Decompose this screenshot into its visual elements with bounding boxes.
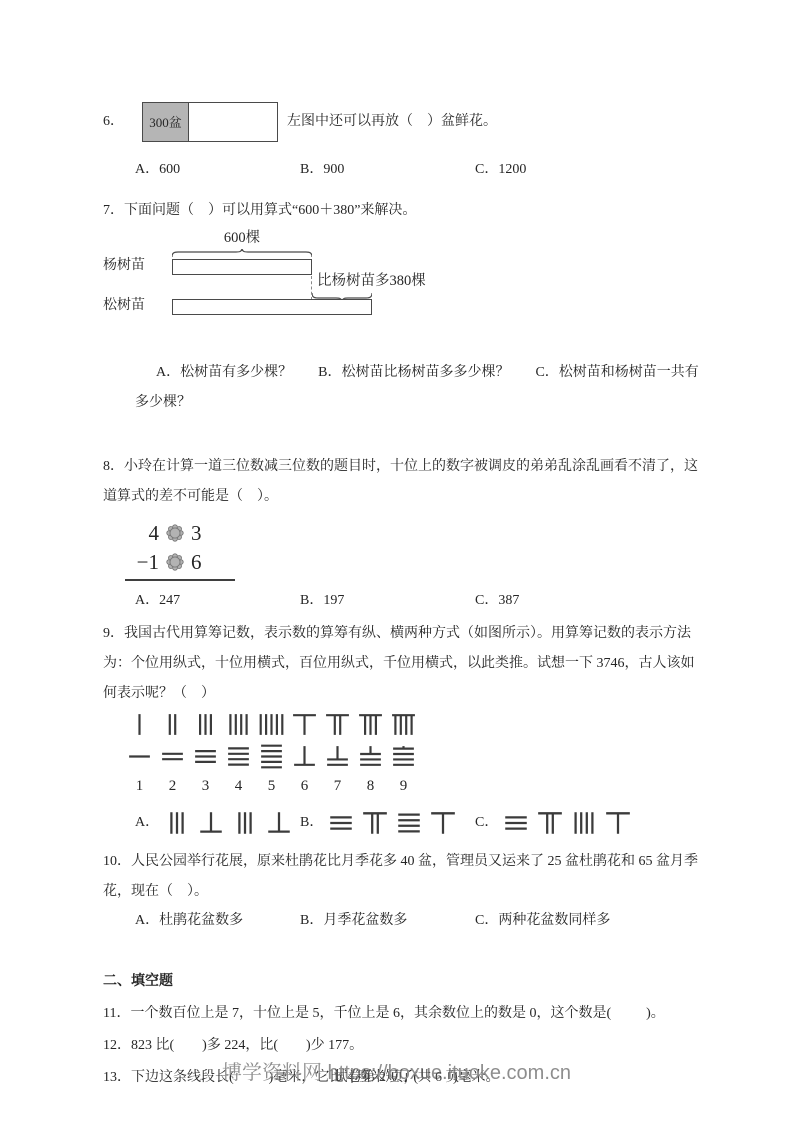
option-c: C．1200 <box>475 158 703 182</box>
option-b: B．900 <box>300 158 475 182</box>
minuend-hundreds: 4 <box>125 518 159 548</box>
question-10-prompt: 10．人民公园举行花展，原来杜鹃花比月季花多 40 盆，管理员又运来了 25 盆… <box>103 847 703 907</box>
option-c: C．387 <box>475 589 703 613</box>
rod-numeral-v3 <box>231 809 259 837</box>
rod-numeral-h7 <box>324 743 351 770</box>
rod-cell <box>222 743 255 770</box>
rod-numeral-h6 <box>265 809 293 837</box>
rod-numeral-v7 <box>324 711 351 738</box>
subtrahend-row: −1 6 <box>125 547 229 576</box>
question-6-prompt: 左图中还可以再放（ ）盆鲜花。 <box>287 107 497 137</box>
rod-numeral-v6 <box>291 711 318 738</box>
rod-numeral-v1 <box>126 711 153 738</box>
rod-numeral-v6 <box>429 809 457 837</box>
rod-numeral-h3 <box>327 809 355 837</box>
rod-numeral-v4 <box>570 809 598 837</box>
rod-cell <box>156 743 189 770</box>
rod-cell <box>156 711 189 738</box>
rod-numeral-h1 <box>126 743 153 770</box>
digit-label: 7 <box>321 775 354 797</box>
rod-numeral-v6 <box>604 809 632 837</box>
question-10-options: A．杜鹃花盆数多 B．月季花盆数多 C．两种花盆数同样多 <box>103 909 703 933</box>
option-c: C． <box>475 809 703 837</box>
rod-numeral-v7 <box>536 809 564 837</box>
rod-numeral-group <box>163 809 293 837</box>
rod-cell <box>387 743 420 770</box>
question-6-number: 6． <box>103 107 142 137</box>
rod-numeral-v3 <box>163 809 191 837</box>
option-label: C． <box>475 811 498 835</box>
bar2-label: 松树苗 <box>103 294 145 318</box>
scribble-icon <box>166 524 184 542</box>
option-a: A．松树苗有多少棵？ <box>156 365 292 380</box>
difference-label: 比杨树苗多380棵 <box>317 269 426 293</box>
question-6: 6． 300盆 左图中还可以再放（ ）盆鲜花。 <box>103 100 703 144</box>
rod-numeral-h3 <box>502 809 530 837</box>
option-a: A．杜鹃花盆数多 <box>135 909 300 933</box>
rod-cell <box>321 711 354 738</box>
page-content: 6． 300盆 左图中还可以再放（ ）盆鲜花。 A．600 B．900 C．12… <box>103 0 703 1093</box>
rod-numeral-group <box>327 809 457 837</box>
rod-cell <box>354 711 387 738</box>
digit-label: 8 <box>354 775 387 797</box>
question-7-prompt: 7．下面问题（ ）可以用算式“600＋380”来解决。 <box>103 196 703 226</box>
rod-cell <box>255 743 288 770</box>
scribble-icon <box>166 553 184 571</box>
rod-numeral-h2 <box>159 743 186 770</box>
bar1-label: 杨树苗 <box>103 254 145 278</box>
option-a: A．247 <box>135 589 300 613</box>
minuend-row: 4 3 <box>125 518 229 547</box>
option-label: B． <box>300 811 323 835</box>
rod-numeral-h6 <box>197 809 225 837</box>
digit-labels-row: 123456789 <box>123 775 703 797</box>
question-9-options: A． B． C． <box>103 809 703 837</box>
option-a: A． <box>135 809 300 837</box>
overbrace <box>172 249 312 258</box>
pine-bar <box>172 299 372 315</box>
rod-cell <box>387 711 420 738</box>
rod-numeral-h6 <box>291 743 318 770</box>
option-b: B．月季花盆数多 <box>300 909 475 933</box>
flower-pot-filled-section: 300盆 <box>143 103 189 141</box>
rod-cell <box>354 743 387 770</box>
rod-cell <box>189 743 222 770</box>
rod-cell <box>288 743 321 770</box>
page-number-footer: 试卷第 2 页，共 6 页 <box>0 1066 793 1086</box>
option-b: B．松树苗比杨树苗多多少棵？ <box>318 365 509 380</box>
rod-numeral-v2 <box>159 711 186 738</box>
rod-numeral-v5 <box>258 711 285 738</box>
question-6-options: A．600 B．900 C．1200 <box>103 158 703 182</box>
question-11: 11．一个数百位上是 7，十位上是 5，千位上是 6，其余数位上的数是 0，这个… <box>103 999 703 1029</box>
poplar-bar <box>172 259 312 275</box>
digit-label: 2 <box>156 775 189 797</box>
question-9-prompt: 9．我国古代用算筹记数，表示数的算筹有纵、横两种方式（如图所示）。用算筹记数的表… <box>103 619 703 709</box>
rod-numeral-h4 <box>395 809 423 837</box>
rod-cell <box>123 711 156 738</box>
option-c: C．两种花盆数同样多 <box>475 909 703 933</box>
rod-numeral-h5 <box>258 743 285 770</box>
digit-label: 4 <box>222 775 255 797</box>
minuend-units: 3 <box>191 518 202 548</box>
rod-numeral-h8 <box>357 743 384 770</box>
rod-numeral-group <box>502 809 632 837</box>
rod-numeral-h4 <box>225 743 252 770</box>
rod-numeral-v3 <box>192 711 219 738</box>
exam-paper-page: 6． 300盆 左图中还可以再放（ ）盆鲜花。 A．600 B．900 C．12… <box>0 0 793 1122</box>
horizontal-forms-row <box>123 743 703 770</box>
question-7-options: A．松树苗有多少棵？B．松树苗比杨树苗多多少棵？C．松树苗和杨树苗一共有多少棵？ <box>103 328 703 448</box>
rod-numeral-v8 <box>357 711 384 738</box>
option-b: B．197 <box>300 589 475 613</box>
rod-cell <box>222 711 255 738</box>
rod-numeral-v9 <box>390 711 417 738</box>
rod-cell <box>189 711 222 738</box>
digit-label: 5 <box>255 775 288 797</box>
bar1-count-label: 600棵 <box>172 228 312 248</box>
rod-numeral-v7 <box>361 809 389 837</box>
column-subtraction: 4 3 −1 <box>125 518 235 581</box>
digit-label: 6 <box>288 775 321 797</box>
rod-numeral-v4 <box>225 711 252 738</box>
option-label: A． <box>135 811 159 835</box>
digit-label: 9 <box>387 775 420 797</box>
rod-cell <box>255 711 288 738</box>
rod-cell <box>288 711 321 738</box>
subtrahend-units: 6 <box>191 547 202 577</box>
bar-comparison-diagram: 600棵 杨树苗 比杨树苗多380棵 松树苗 <box>103 232 703 322</box>
rod-cell <box>123 743 156 770</box>
rod-cell <box>321 743 354 770</box>
flower-pot-empty-section <box>189 103 277 141</box>
rod-numeral-h9 <box>390 743 417 770</box>
rod-numeral-h3 <box>192 743 219 770</box>
vertical-forms-row <box>123 711 703 738</box>
subtrahend-hundreds: −1 <box>125 547 159 577</box>
option-a: A．600 <box>135 158 300 182</box>
question-8-options: A．247 B．197 C．387 <box>103 589 703 613</box>
question-8-prompt: 8．小玲在计算一道三位数减三位数的题目时，十位上的数字被调皮的弟弟乱涂乱画看不清… <box>103 452 703 512</box>
counting-rod-chart: 123456789 <box>103 711 703 797</box>
section-2-title: 二、填空题 <box>103 967 703 997</box>
digit-label: 3 <box>189 775 222 797</box>
flower-pot-diagram: 300盆 <box>142 102 278 142</box>
option-b: B． <box>300 809 475 837</box>
digit-label: 1 <box>123 775 156 797</box>
